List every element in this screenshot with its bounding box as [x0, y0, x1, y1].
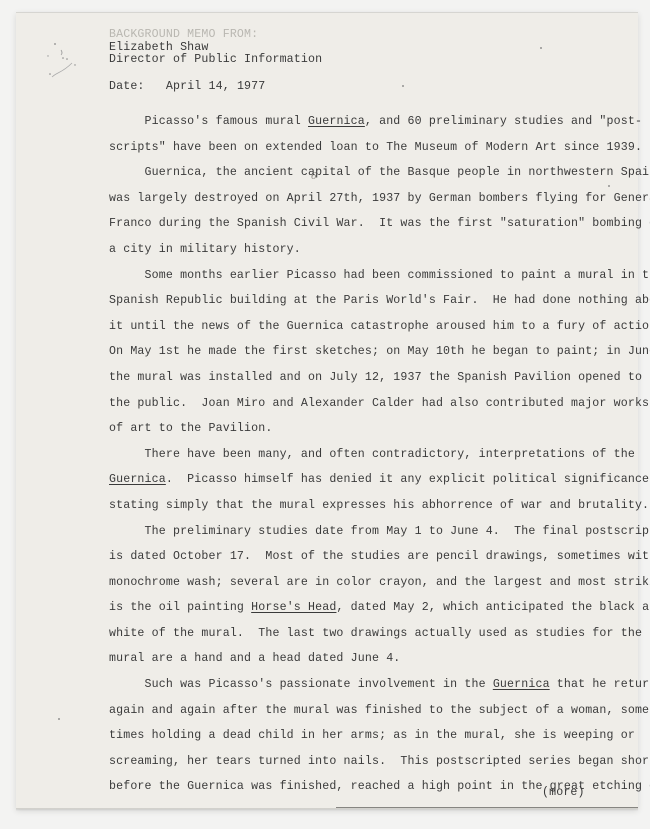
text-run: the mural was installed and on July 12, …: [109, 371, 642, 384]
text-line: the public. Joan Miro and Alexander Cald…: [109, 391, 609, 417]
paragraph: There have been many, and often contradi…: [109, 442, 609, 519]
date-line: Date: April 14, 1977: [109, 80, 265, 93]
text-line: Such was Picasso's passionate involvemen…: [109, 672, 609, 698]
text-run: Spanish Republic building at the Paris W…: [109, 294, 650, 307]
memo-header: BACKGROUND MEMO FROM: Elizabeth Shaw Dir…: [109, 29, 322, 67]
memo-label: BACKGROUND MEMO FROM:: [109, 29, 322, 42]
text-line: is dated October 17. Most of the studies…: [109, 544, 609, 570]
text-run: it until the news of the Guernica catast…: [109, 320, 650, 333]
text-run: stating simply that the mural expresses …: [109, 499, 649, 512]
speck: [402, 85, 404, 87]
margin-pencil-marks-icon: [42, 41, 82, 81]
text-line: of art to the Pavilion.: [109, 416, 609, 442]
text-line: stating simply that the mural expresses …: [109, 493, 609, 519]
document-page: BACKGROUND MEMO FROM: Elizabeth Shaw Dir…: [16, 12, 638, 809]
text-line: Spanish Republic building at the Paris W…: [109, 288, 609, 314]
text-run: screaming, her tears turned into nails. …: [109, 755, 650, 768]
text-run: Guernica, the ancient capital of the Bas…: [109, 166, 650, 179]
text-line: was largely destroyed on April 27th, 193…: [109, 186, 609, 212]
text-line: The preliminary studies date from May 1 …: [109, 519, 609, 545]
text-line: before the Guernica was finished, reache…: [109, 774, 609, 800]
text-line: On May 1st he made the first sketches; o…: [109, 339, 609, 365]
speck: [540, 47, 542, 49]
text-run: that he returned: [550, 678, 650, 691]
text-line: scripts" have been on extended loan to T…: [109, 135, 609, 161]
underlined-title: Horse's Head: [251, 601, 336, 614]
text-run: the public. Joan Miro and Alexander Cald…: [109, 397, 649, 410]
text-run: Picasso's famous mural: [109, 115, 308, 128]
text-run: was largely destroyed on April 27th, 193…: [109, 192, 650, 205]
text-run: Franco during the Spanish Civil War. It …: [109, 217, 650, 230]
paragraph: Guernica, the ancient capital of the Bas…: [109, 160, 609, 262]
text-run: times holding a dead child in her arms; …: [109, 729, 635, 742]
text-run: a city in military history.: [109, 243, 301, 256]
text-run: is dated October 17. Most of the studies…: [109, 550, 650, 563]
text-run: mural are a hand and a head dated June 4…: [109, 652, 400, 665]
text-run: , dated May 2, which anticipated the bla…: [336, 601, 650, 614]
text-line: Picasso's famous mural Guernica, and 60 …: [109, 109, 609, 135]
paragraph: The preliminary studies date from May 1 …: [109, 519, 609, 673]
paper-edge: [336, 807, 638, 808]
text-run: Some months earlier Picasso had been com…: [109, 269, 650, 282]
text-line: Franco during the Spanish Civil War. It …: [109, 211, 609, 237]
text-run: , and 60 preliminary studies and "post-: [365, 115, 642, 128]
paragraph: Picasso's famous mural Guernica, and 60 …: [109, 109, 609, 160]
text-line: again and again after the mural was fini…: [109, 698, 609, 724]
date-label: Date:: [109, 80, 145, 93]
text-run: white of the mural. The last two drawing…: [109, 627, 642, 640]
text-run: There have been many, and often contradi…: [109, 448, 635, 461]
text-line: a city in military history.: [109, 237, 609, 263]
text-line: it until the news of the Guernica catast…: [109, 314, 609, 340]
paragraph: Such was Picasso's passionate involvemen…: [109, 672, 609, 800]
underlined-title: Guernica: [109, 473, 166, 486]
text-run: monochrome wash; several are in color cr…: [109, 576, 650, 589]
text-run: On May 1st he made the first sketches; o…: [109, 345, 650, 358]
continuation-marker: (more): [542, 786, 585, 799]
text-line: Some months earlier Picasso had been com…: [109, 263, 609, 289]
underlined-title: Guernica: [308, 115, 365, 128]
text-line: the mural was installed and on July 12, …: [109, 365, 609, 391]
text-line: white of the mural. The last two drawing…: [109, 621, 609, 647]
text-run: again and again after the mural was fini…: [109, 704, 650, 717]
text-line: times holding a dead child in her arms; …: [109, 723, 609, 749]
speck: [58, 718, 60, 720]
text-line: screaming, her tears turned into nails. …: [109, 749, 609, 775]
paragraph: Some months earlier Picasso had been com…: [109, 263, 609, 442]
text-line: is the oil painting Horse's Head, dated …: [109, 595, 609, 621]
text-run: is the oil painting: [109, 601, 251, 614]
text-run: of art to the Pavilion.: [109, 422, 272, 435]
author-title: Director of Public Information: [109, 54, 322, 67]
text-line: monochrome wash; several are in color cr…: [109, 570, 609, 596]
text-run: Such was Picasso's passionate involvemen…: [109, 678, 493, 691]
text-run: The preliminary studies date from May 1 …: [109, 525, 650, 538]
text-line: There have been many, and often contradi…: [109, 442, 609, 468]
date-value: April 14, 1977: [166, 80, 266, 93]
memo-body: Picasso's famous mural Guernica, and 60 …: [109, 109, 609, 800]
speck: [608, 185, 610, 187]
text-line: Guernica. Picasso himself has denied it …: [109, 467, 609, 493]
text-line: Guernica, the ancient capital of the Bas…: [109, 160, 609, 186]
underlined-title: Guernica: [493, 678, 550, 691]
text-run: . Picasso himself has denied it any expl…: [166, 473, 649, 486]
text-run: scripts" have been on extended loan to T…: [109, 141, 642, 154]
text-line: mural are a hand and a head dated June 4…: [109, 646, 609, 672]
